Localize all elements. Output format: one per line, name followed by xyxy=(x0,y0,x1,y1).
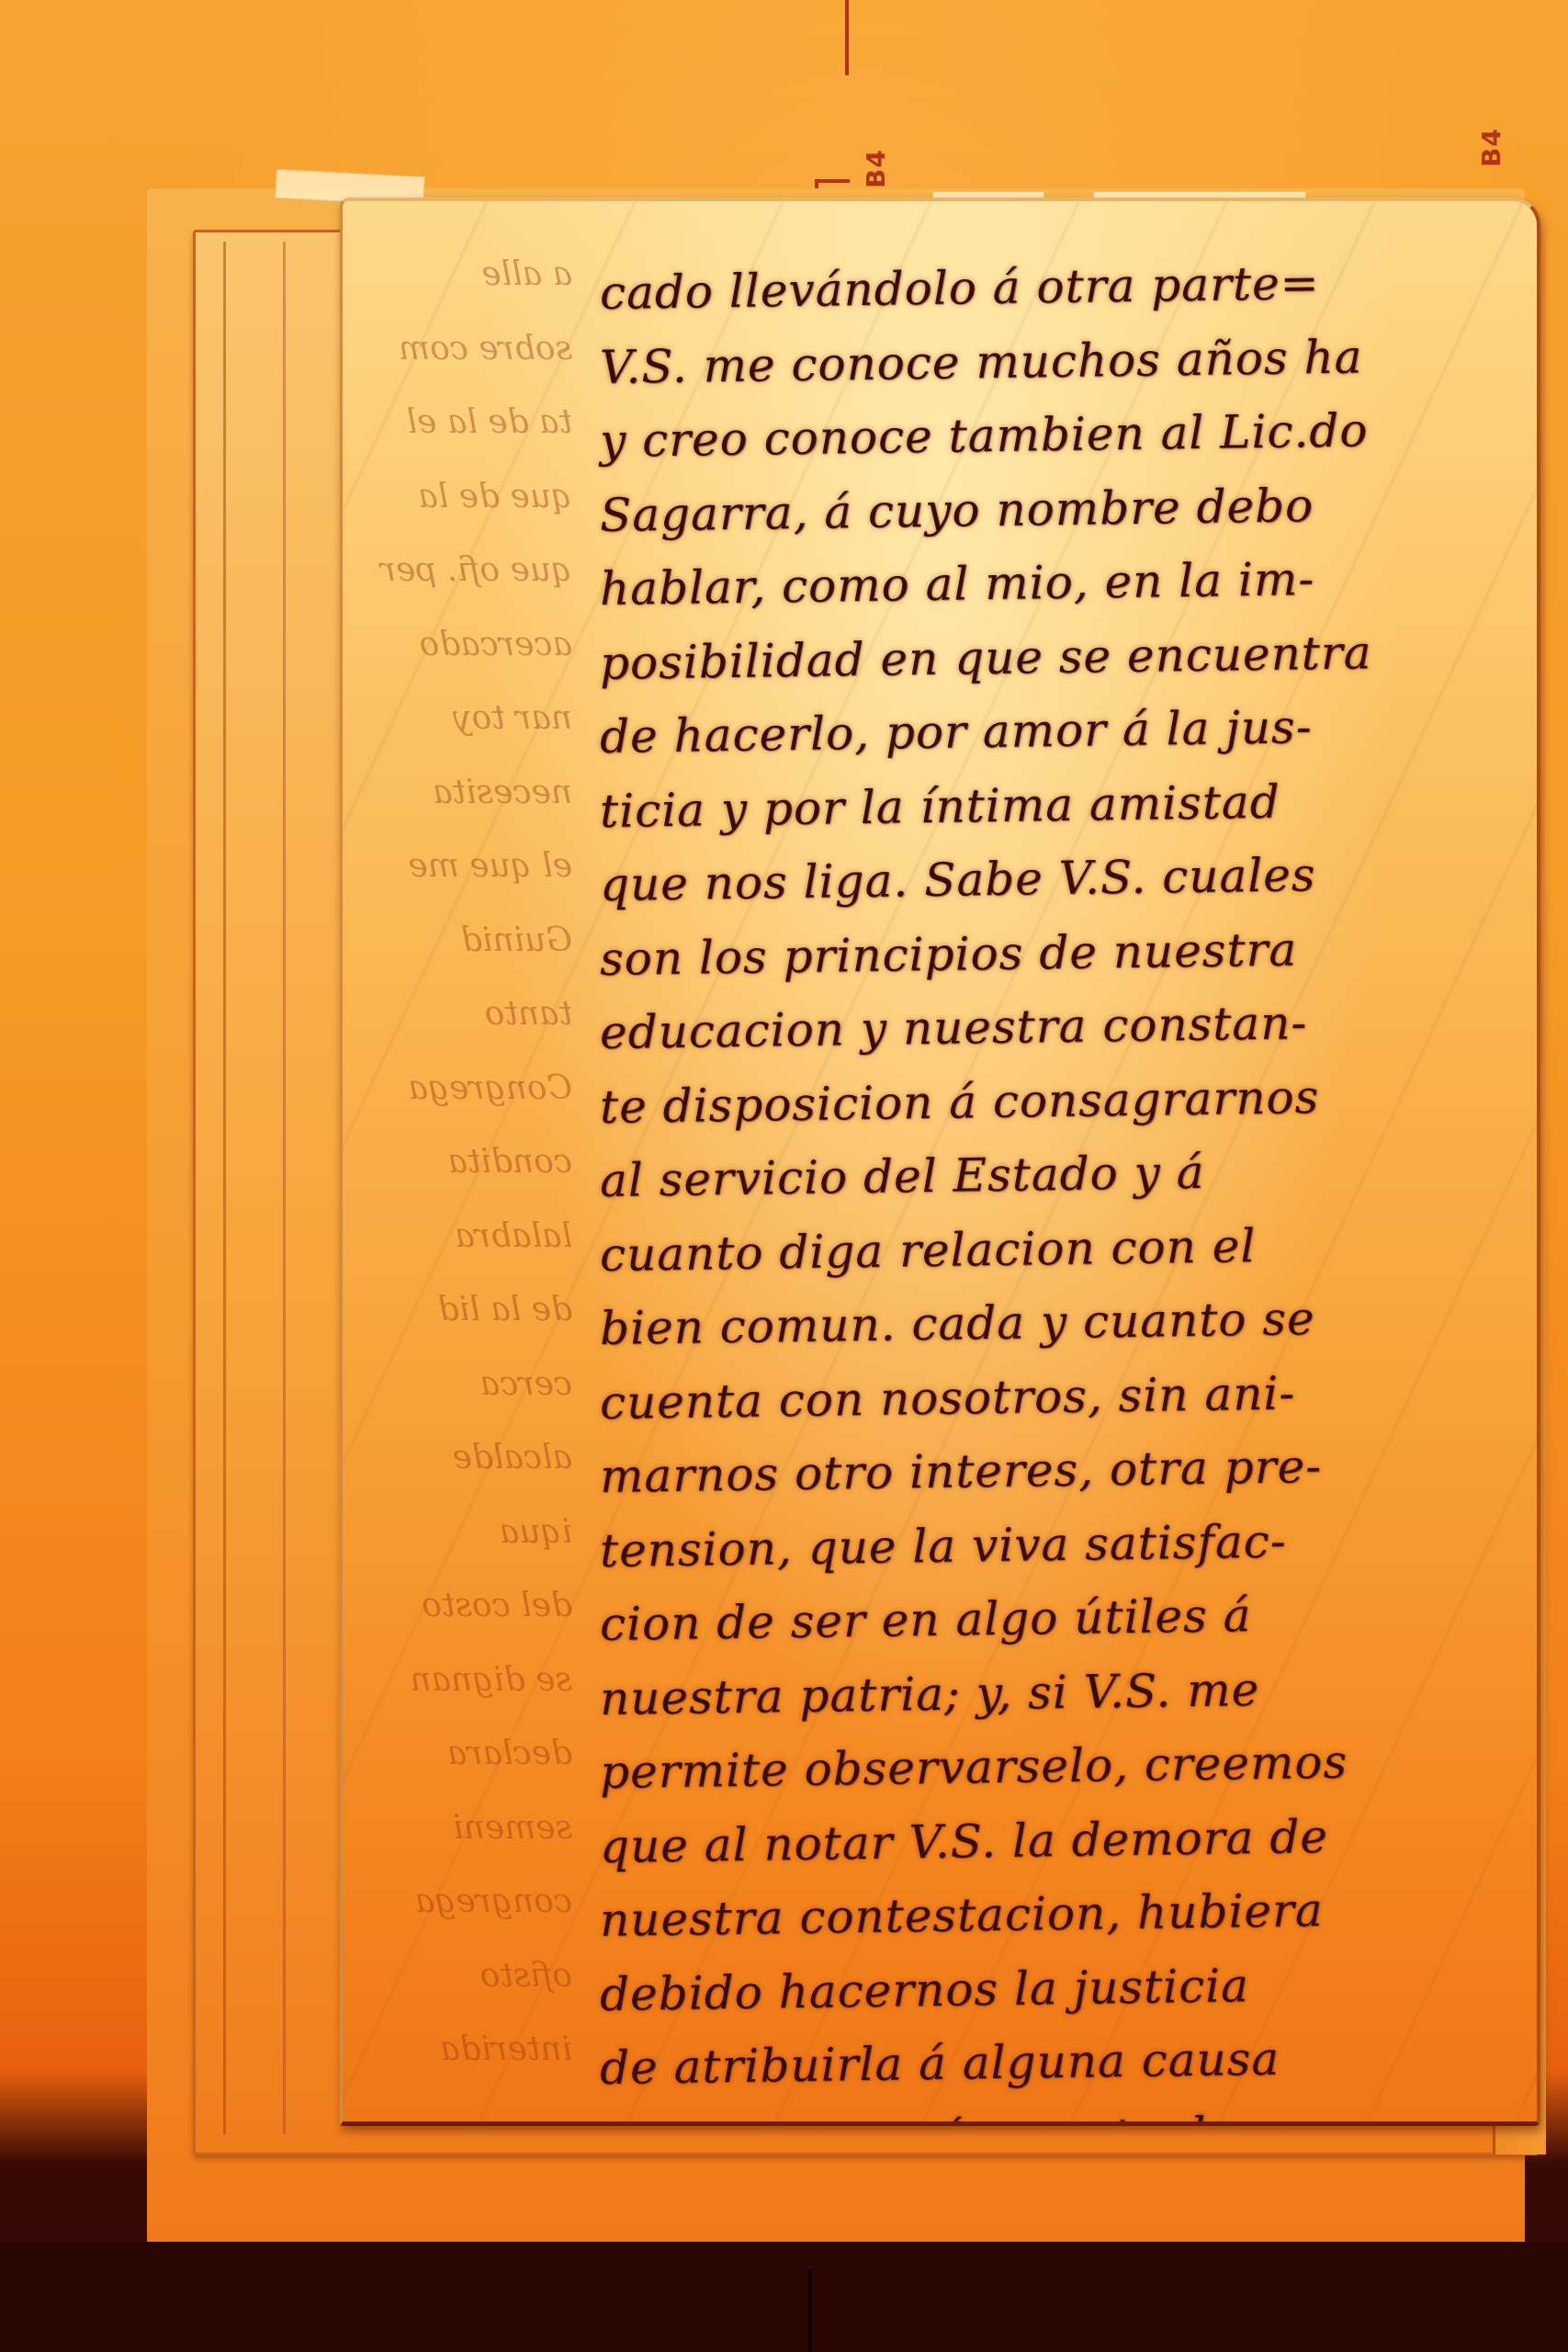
bleed-line: ta de la el xyxy=(352,386,572,460)
bleed-line: que ofi. per xyxy=(352,534,572,608)
bleed-line: cerca xyxy=(352,1348,572,1422)
bleed-line: nar toy xyxy=(352,682,572,756)
page-edge-line xyxy=(283,242,286,2134)
manuscript-line: de hacerlo, por amor á la jus- xyxy=(599,687,1518,774)
registration-tick-top xyxy=(845,0,849,75)
bleed-line: alcalde xyxy=(352,1421,572,1496)
manuscript-line: V.S. me conoce muchos años ha xyxy=(599,318,1518,404)
bleed-line: necesita xyxy=(352,756,572,831)
manuscript-line: tension, que la viva satisfac- xyxy=(599,1501,1518,1588)
manuscript-line: hablar, como al mio, en la im- xyxy=(599,539,1518,626)
manuscript-line: debido hacernos la justicia xyxy=(599,1945,1518,2031)
manuscript-line: de atribuirla á alguna causa xyxy=(599,2018,1518,2105)
manuscript-line: ticia y por la íntima amistad xyxy=(599,762,1518,848)
manuscript-line: educacion y nuestra constan- xyxy=(599,983,1518,1069)
bleed-line: congrega xyxy=(352,1865,572,1939)
page-edge-line xyxy=(223,242,226,2134)
manuscript-line: te disposicion á consagrarnos xyxy=(599,1057,1518,1144)
bleed-line: el que me xyxy=(352,830,572,904)
bleed-line: de la lid xyxy=(352,1273,572,1348)
bleed-line: declara xyxy=(352,1717,572,1792)
registration-bracket-left-horizontal xyxy=(815,179,850,183)
manuscript-line: son los principios de nuestra xyxy=(599,910,1518,996)
manuscript-line: marnos otro interes, otra pre- xyxy=(599,1427,1518,1513)
bleed-through-text: a alle sobre com ta de la el que de la q… xyxy=(352,238,572,2075)
bleed-line: acercado xyxy=(352,608,572,683)
bleed-line: ofisto xyxy=(352,1939,572,2014)
bleed-line: tanto xyxy=(352,978,572,1052)
registration-mark-right: B4 xyxy=(1476,128,1506,167)
manuscript-line: al servicio del Estado y á xyxy=(599,1131,1518,1217)
manuscript-line: cion de ser en algo útiles á xyxy=(599,1575,1518,1661)
bleed-line: del costo xyxy=(352,1569,572,1644)
bleed-line: Guinid xyxy=(352,904,572,978)
registration-mark-left: B4 xyxy=(861,149,891,188)
manuscript-line: cado llevándolo á otra parte= xyxy=(599,243,1518,330)
bleed-line: Congrega xyxy=(352,1052,572,1126)
dark-background-edge xyxy=(0,2242,1568,2352)
manuscript-line: que nos liga. Sabe V.S. cuales xyxy=(599,835,1518,922)
manuscript-text: cado llevándolo á otra parte= V.S. me co… xyxy=(600,256,1518,2126)
bleed-line: a alle xyxy=(352,238,572,312)
bleed-line: sobre com xyxy=(352,312,572,387)
manuscript-line: cuanto diga relacion con el xyxy=(599,1205,1518,1292)
bleed-line: lalabra xyxy=(352,1200,572,1274)
bleed-line: que de la xyxy=(352,460,572,535)
background-seam xyxy=(808,2269,812,2352)
bleed-line: interida xyxy=(352,2013,572,2075)
manuscript-line: bien comun. cada y cuanto se xyxy=(599,1279,1518,1365)
manuscript-line: Sagarra, á cuyo nombre debo xyxy=(599,466,1518,552)
manuscript-line: nuestra patria; y, si V.S. me xyxy=(599,1649,1518,1736)
manuscript-line: posibilidad en que se encuentra xyxy=(599,614,1518,700)
bleed-line: condita xyxy=(352,1125,572,1200)
manuscript-line: que al notar V.S. la demora de xyxy=(599,1797,1518,1883)
manuscript-line: nuestra contestacion, hubiera xyxy=(599,1871,1518,1957)
bleed-line: iqua xyxy=(352,1496,572,1570)
manuscript-page: a alle sobre com ta de la el que de la q… xyxy=(340,198,1540,2126)
manuscript-line: cuenta con nosotros, sin ani- xyxy=(599,1353,1518,1440)
bleed-line: se dignan xyxy=(352,1644,572,1718)
bleed-line: semeni xyxy=(352,1792,572,1866)
manuscript-line: y creo conoce tambien al Lic.do xyxy=(599,391,1518,478)
manuscript-line: permite observarselo, creemos xyxy=(599,1723,1518,1809)
